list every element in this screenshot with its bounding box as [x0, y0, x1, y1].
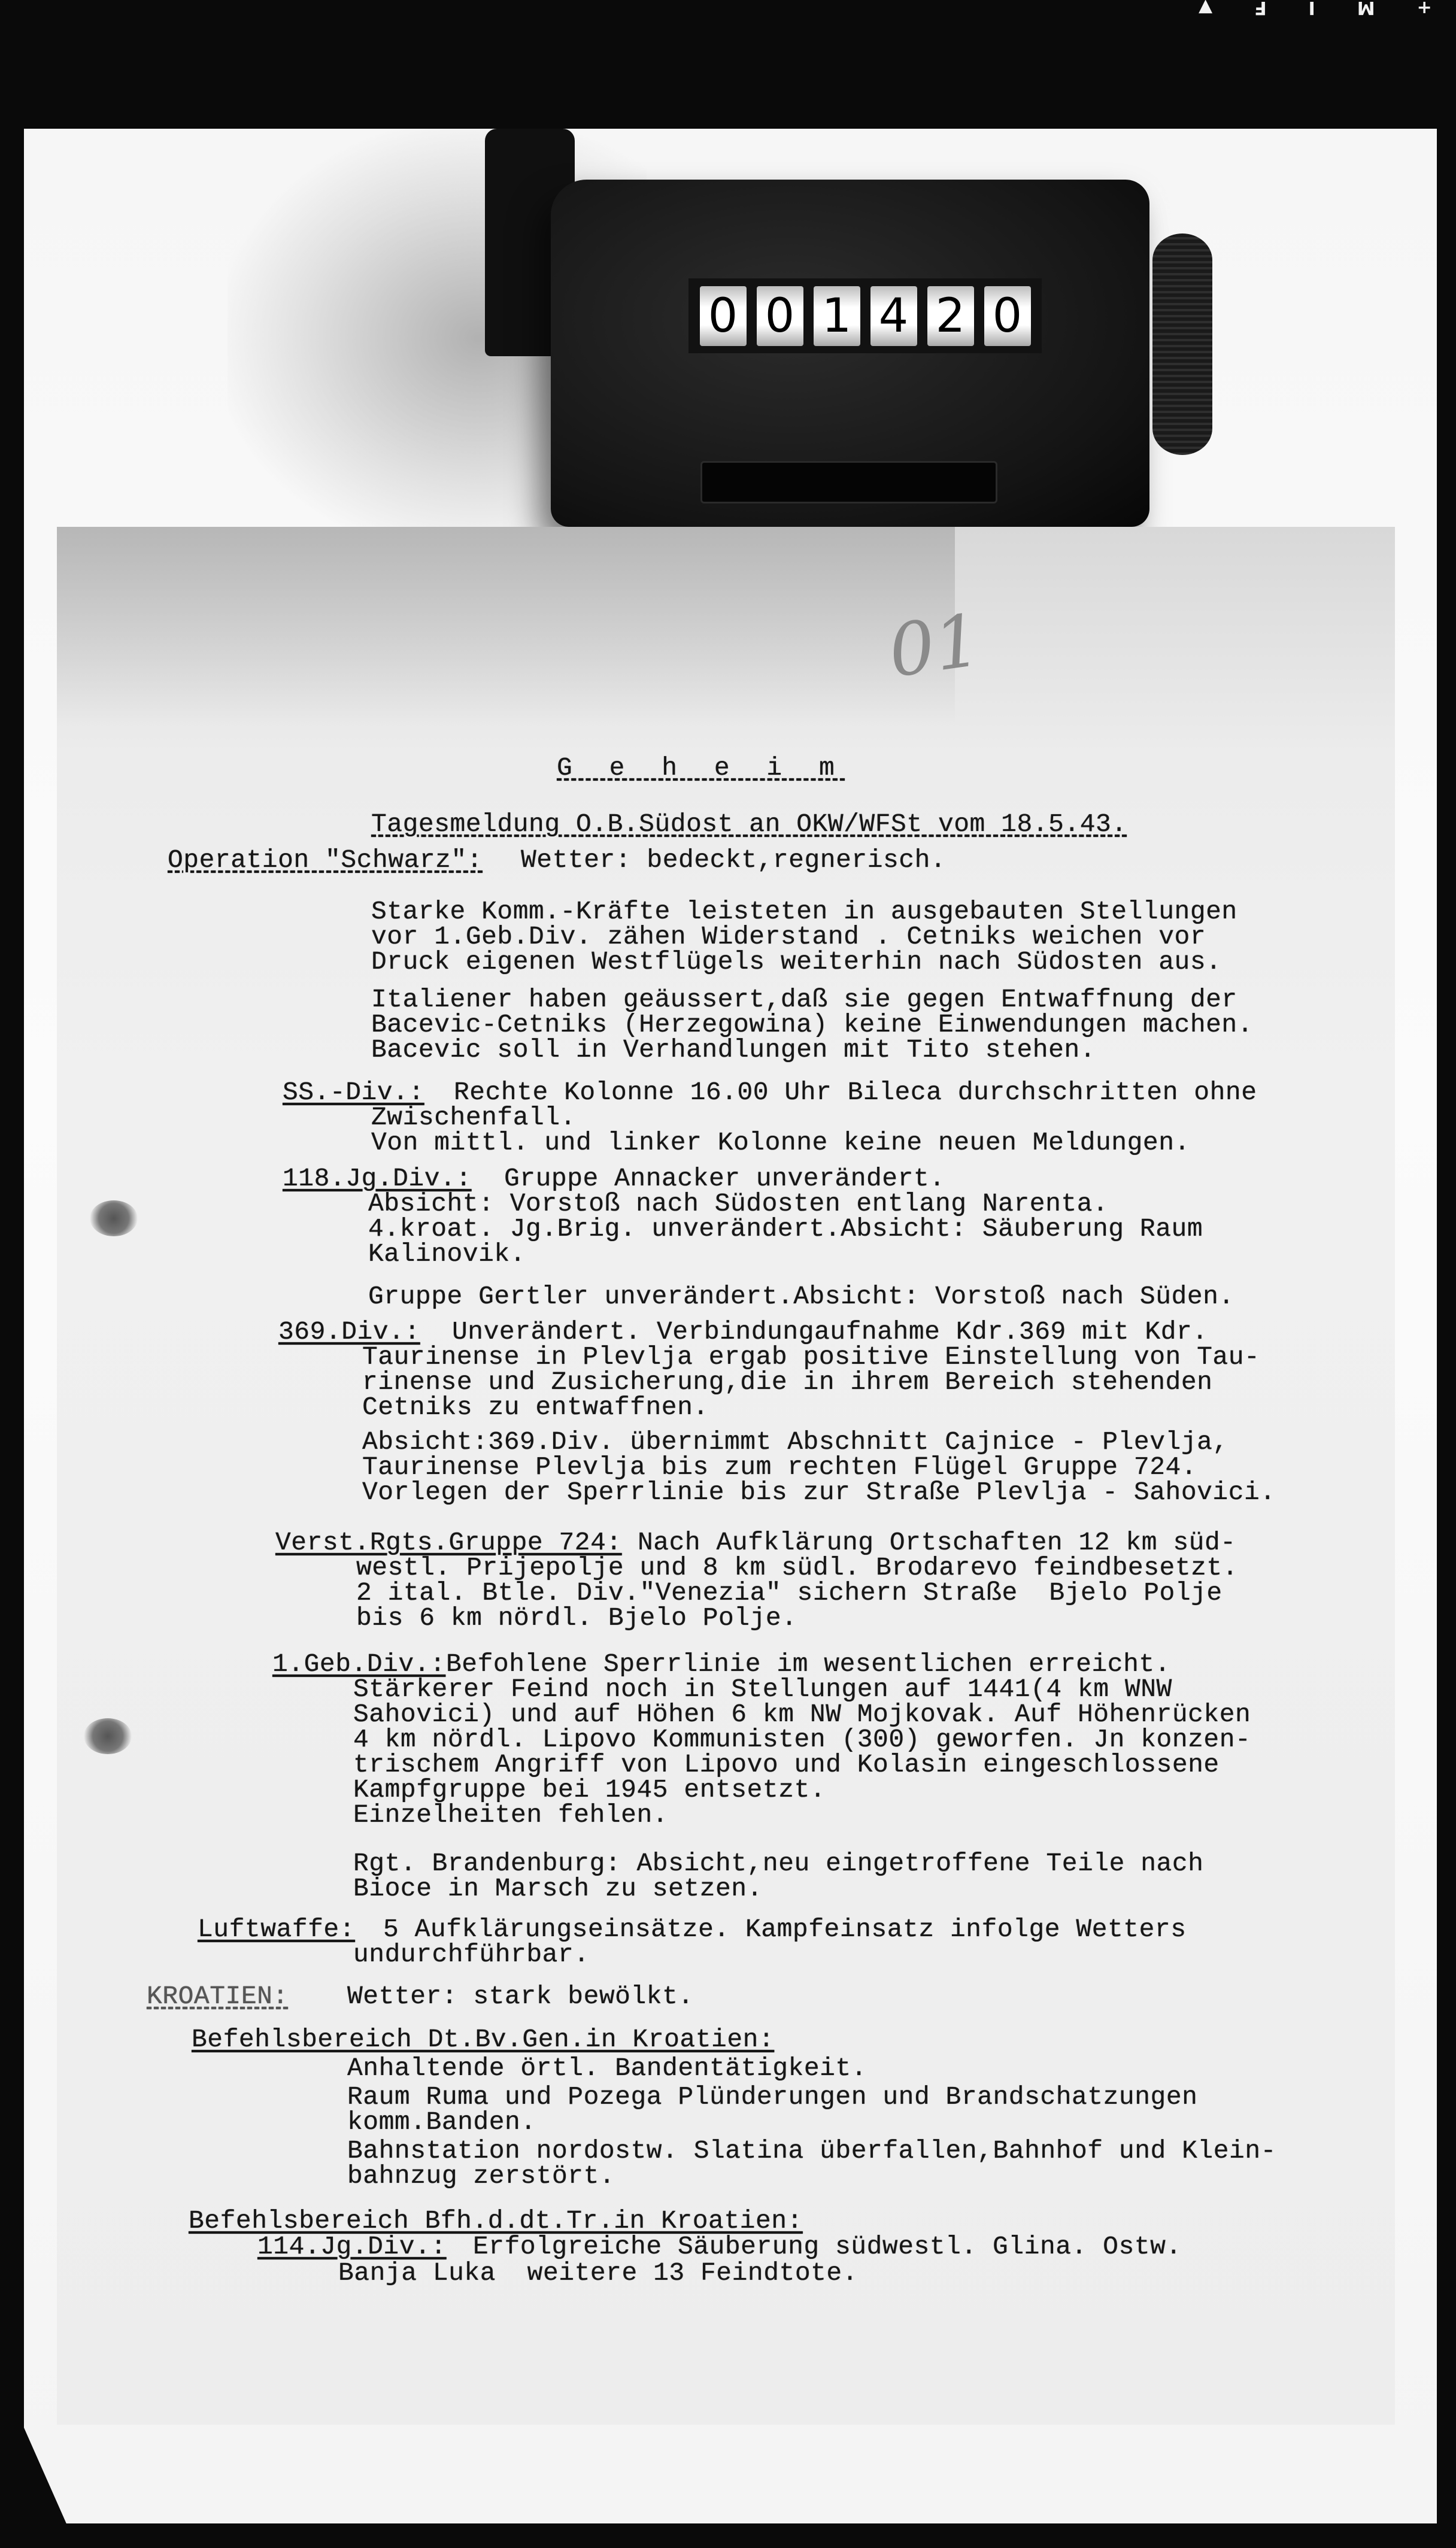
counter-digit: 0: [984, 286, 1031, 346]
film-mark: I: [1309, 0, 1315, 18]
text-line: Bacevic soll in Verhandlungen mit Tito s…: [371, 1035, 1096, 1065]
counter-digit: 0: [757, 286, 803, 346]
counter-digit: 0: [700, 286, 747, 346]
text-line: komm.Banden.: [347, 2107, 536, 2137]
text-line: Kalinovik.: [368, 1239, 526, 1269]
text-line: Erfolgreiche Säuberung südwestl. Glina. …: [473, 2232, 1182, 2262]
classification-heading: G e h e i m: [557, 753, 845, 783]
punch-hole-blot: [84, 1718, 132, 1754]
section-text: Wetter: bedeckt,regnerisch.: [521, 845, 946, 875]
text-line: Von mittl. und linker Kolonne keine neue…: [371, 1128, 1190, 1158]
film-mark: F: [1254, 0, 1267, 18]
text-line: Banja Luka weitere 13 Feindtote.: [338, 2258, 858, 2288]
counter-digit: 1: [814, 286, 860, 346]
film-mark: ▼: [1199, 0, 1212, 18]
text-line: undurchführbar.: [353, 1940, 590, 1970]
text-line: Cetniks zu entwaffnen.: [362, 1393, 709, 1422]
text-line: Wetter: stark bewölkt.: [347, 1982, 694, 2012]
text-line: bis 6 km nördl. Bjelo Polje.: [356, 1603, 797, 1633]
section-label: Luftwaffe:: [198, 1915, 355, 1945]
text-line: Druck eigenen Westflügels weiterhin nach…: [371, 947, 1221, 977]
handwritten-page-number: 01: [884, 599, 986, 694]
counter-display: 0 0 1 4 2 0: [688, 278, 1042, 353]
text-line: Anhaltende örtl. Bandentätigkeit.: [347, 2053, 867, 2083]
film-mark: M: [1357, 0, 1375, 18]
section-label: KROATIEN:: [147, 1982, 289, 2012]
subsection-label: 114.Jg.Div.:: [257, 2232, 447, 2262]
counter-digit: 4: [870, 286, 917, 346]
counter-knob: [1152, 233, 1212, 455]
text-line: Einzelheiten fehlen.: [353, 1800, 668, 1830]
document-title: Tagesmeldung O.B.Südost an OKW/WFSt vom …: [371, 809, 1127, 839]
counter-slot: [700, 461, 997, 503]
text-line: Gruppe Gertler unverändert.Absicht: Vors…: [368, 1282, 1234, 1312]
paper-shadow: [57, 527, 955, 724]
film-edge-markings: + M I F ▼: [1199, 0, 1432, 18]
text-line: bahnzug zerstört.: [347, 2161, 615, 2191]
film-mark: +: [1417, 0, 1432, 18]
section-label: Befehlsbereich Dt.Bv.Gen.in Kroatien:: [192, 2025, 774, 2055]
punch-hole-blot: [90, 1200, 138, 1236]
text-line: Bioce in Marsch zu setzen.: [353, 1874, 763, 1904]
section-label: Operation "Schwarz":: [168, 845, 483, 875]
counter-digit: 2: [927, 286, 974, 346]
text-line: Vorlegen der Sperrlinie bis zur Straße P…: [362, 1478, 1276, 1507]
